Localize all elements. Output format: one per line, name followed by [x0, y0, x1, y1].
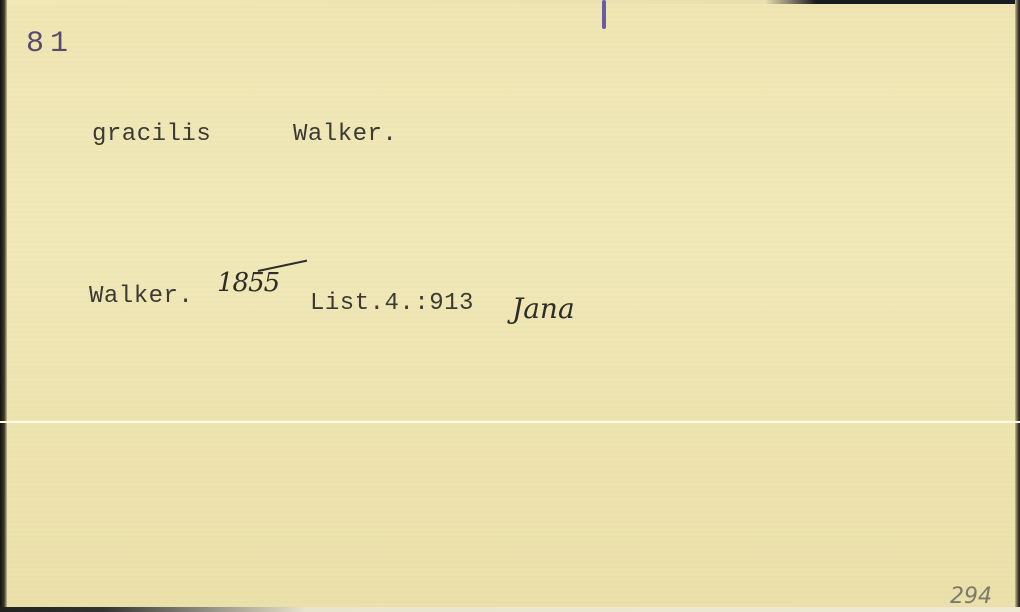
- page-number-pencil: 294: [950, 584, 992, 609]
- bottom-edge-shadow: [0, 607, 1020, 612]
- top-edge-shadow: [0, 0, 1020, 4]
- tab-marker: [602, 0, 606, 29]
- scan-artifact-line: [0, 421, 1020, 423]
- species-name: gracilis: [92, 121, 211, 148]
- right-edge-shadow: [1015, 0, 1020, 612]
- card-number: 81: [26, 27, 74, 61]
- reference-year-handwritten: 1855: [217, 268, 279, 298]
- left-edge-shadow: [0, 0, 7, 612]
- reference-source: List.4.:913: [310, 290, 474, 317]
- reference-author: Walker.: [89, 283, 193, 310]
- locality-handwritten: Jana: [512, 292, 575, 325]
- species-author: Walker.: [293, 121, 397, 148]
